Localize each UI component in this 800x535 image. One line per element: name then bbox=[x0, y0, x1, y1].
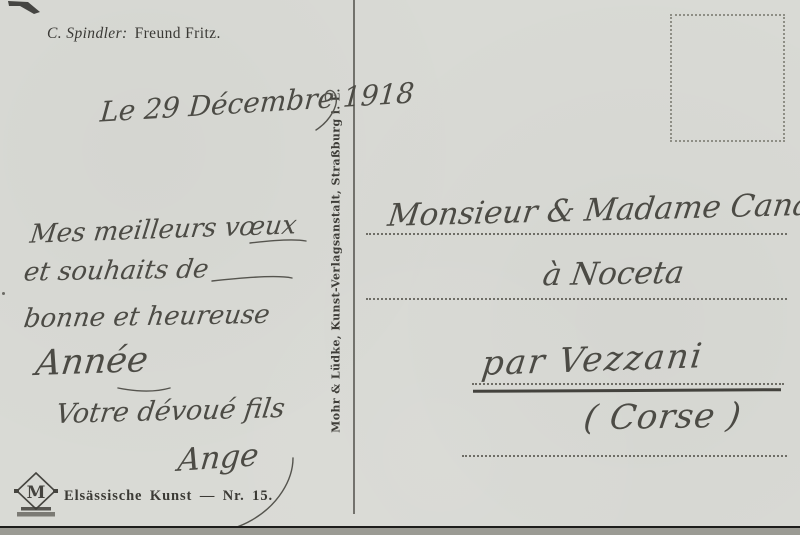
logo-right-dot bbox=[53, 489, 58, 493]
address-rule-3 bbox=[472, 383, 784, 385]
address-line-1: Monsieur & Madame Canari bbox=[386, 186, 800, 234]
annee-flourish bbox=[118, 388, 170, 391]
corner-scan-mark bbox=[6, 0, 46, 18]
logo-left-dot bbox=[14, 489, 19, 493]
handwritten-date: Le 29 Décembre 1918 bbox=[99, 76, 415, 128]
center-divider bbox=[353, 0, 355, 514]
address-rule-4 bbox=[462, 455, 787, 457]
signature: Ange bbox=[176, 437, 260, 479]
message-line-4: Année bbox=[34, 340, 151, 384]
message-line-2: et souhaits de bbox=[22, 254, 211, 287]
message-line-3: bonne et heureuse bbox=[22, 300, 272, 334]
caption-artist: C. Spindler: bbox=[47, 25, 128, 42]
address-line-2: à Noceta bbox=[540, 255, 686, 294]
address-line-4: ( Corse ) bbox=[581, 396, 744, 439]
publisher-logo: M bbox=[13, 470, 59, 520]
postcard-back: C. Spindler:Freund Fritz. Mohr & Lüdke, … bbox=[0, 0, 800, 535]
logo-monogram: M bbox=[27, 483, 46, 503]
hand-drawn-underline bbox=[473, 388, 781, 392]
message-line-1: Mes meilleurs vœux bbox=[28, 210, 298, 249]
series-caption: Elsässische Kunst — Nr. 15. bbox=[64, 488, 273, 505]
de-flourish bbox=[212, 277, 292, 281]
address-line-3: par Vezzani bbox=[480, 336, 706, 384]
message-line-5: Votre dévoué fils bbox=[54, 393, 287, 430]
logo-base bbox=[21, 507, 51, 511]
stamp-box bbox=[670, 14, 785, 142]
logo-base-caption bbox=[17, 512, 55, 517]
caption-title: Freund Fritz. bbox=[135, 25, 221, 42]
paper-speck bbox=[2, 292, 5, 295]
caption: C. Spindler:Freund Fritz. bbox=[47, 25, 221, 43]
address-rule-1 bbox=[366, 233, 787, 235]
scan-bottom-strip bbox=[0, 528, 800, 535]
publisher-imprint: Mohr & Lüdke, Kunst-Verlagsanstalt, Stra… bbox=[329, 87, 344, 435]
address-rule-2 bbox=[366, 298, 787, 300]
